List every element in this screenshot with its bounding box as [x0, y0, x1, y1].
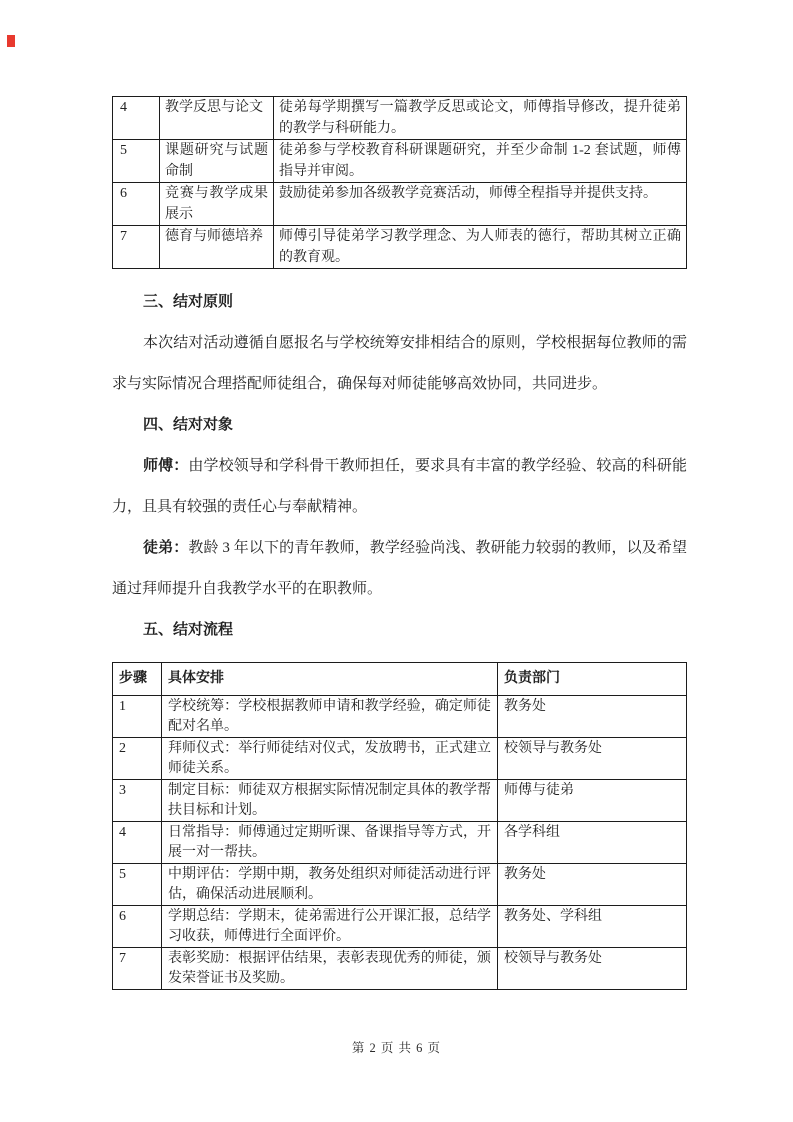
page-number: 第 2 页 共 6 页	[0, 1038, 793, 1056]
table-row: 4 日常指导：师傅通过定期听课、备课指导等方式，开展一对一帮扶。 各学科组	[113, 822, 687, 864]
flow-department: 校领导与教务处	[498, 948, 687, 990]
activity-item: 课题研究与试题命制	[160, 140, 274, 183]
document-page: 4 教学反思与论文 徒弟每学期撰写一篇教学反思或论文，师傅指导修改，提升徒弟的教…	[0, 0, 793, 1122]
activity-desc: 鼓励徒弟参加各级教学竞赛活动，师傅全程指导并提供支持。	[274, 183, 687, 226]
table-row: 7 德育与师德培养 师傅引导徒弟学习教学理念、为人师表的德行，帮助其树立正确的教…	[113, 226, 687, 269]
table-row: 5 课题研究与试题命制 徒弟参与学校教育科研课题研究，并至少命制 1-2 套试题…	[113, 140, 687, 183]
activity-no: 5	[113, 140, 160, 183]
flow-header-department: 负责部门	[498, 663, 687, 696]
flow-arrangement: 制定目标：师徒双方根据实际情况制定具体的教学帮扶目标和计划。	[162, 780, 498, 822]
flow-header-row: 步骤 具体安排 负责部门	[113, 663, 687, 696]
flow-table: 步骤 具体安排 负责部门 1 学校统筹：学校根据教师申请和教学经验，确定师徒配对…	[112, 662, 687, 990]
table-row: 6 竞赛与教学成果展示 鼓励徒弟参加各级教学竞赛活动，师傅全程指导并提供支持。	[113, 183, 687, 226]
activity-desc: 徒弟参与学校教育科研课题研究，并至少命制 1-2 套试题，师傅指导并审阅。	[274, 140, 687, 183]
table-row: 5 中期评估：学期中期，教务处组织对师徒活动进行评估，确保活动进展顺利。 教务处	[113, 864, 687, 906]
activity-desc: 师傅引导徒弟学习教学理念、为人师表的德行，帮助其树立正确的教育观。	[274, 226, 687, 269]
flow-department: 校领导与教务处	[498, 738, 687, 780]
table-row: 1 学校统筹：学校根据教师申请和教学经验，确定师徒配对名单。 教务处	[113, 696, 687, 738]
flow-department: 师傅与徒弟	[498, 780, 687, 822]
page-content: 4 教学反思与论文 徒弟每学期撰写一篇教学反思或论文，师傅指导修改，提升徒弟的教…	[112, 0, 687, 990]
principles-paragraph: 本次结对活动遵循自愿报名与学校统筹安排相结合的原则，学校根据每位教师的需求与实际…	[112, 323, 687, 405]
section-heading-principles: 三、结对原则	[112, 282, 687, 323]
flow-step-no: 3	[113, 780, 162, 822]
table-row: 6 学期总结：学期末，徒弟需进行公开课汇报，总结学习收获，师傅进行全面评价。 教…	[113, 906, 687, 948]
flow-department: 教务处、学科组	[498, 906, 687, 948]
mentor-paragraph: 师傅：由学校领导和学科骨干教师担任，要求具有丰富的教学经验、较高的科研能力，且具…	[112, 446, 687, 528]
flow-department: 教务处	[498, 864, 687, 906]
activity-no: 4	[113, 97, 160, 140]
flow-step-no: 7	[113, 948, 162, 990]
flow-department: 教务处	[498, 696, 687, 738]
table-row: 7 表彰奖励：根据评估结果，表彰表现优秀的师徒，颁发荣誉证书及奖励。 校领导与教…	[113, 948, 687, 990]
flow-arrangement: 拜师仪式：举行师徒结对仪式，发放聘书，正式建立师徒关系。	[162, 738, 498, 780]
section-heading-targets: 四、结对对象	[112, 405, 687, 446]
flow-arrangement: 学校统筹：学校根据教师申请和教学经验，确定师徒配对名单。	[162, 696, 498, 738]
flow-department: 各学科组	[498, 822, 687, 864]
table-row: 3 制定目标：师徒双方根据实际情况制定具体的教学帮扶目标和计划。 师傅与徒弟	[113, 780, 687, 822]
activity-no: 7	[113, 226, 160, 269]
activity-item: 教学反思与论文	[160, 97, 274, 140]
mentee-paragraph: 徒弟：教龄 3 年以下的青年教师，教学经验尚浅、教研能力较弱的教师，以及希望通过…	[112, 528, 687, 610]
red-marker-icon	[7, 35, 15, 47]
flow-step-no: 1	[113, 696, 162, 738]
mentee-text: 教龄 3 年以下的青年教师，教学经验尚浅、教研能力较弱的教师，以及希望通过拜师提…	[112, 540, 687, 597]
mentor-label: 师傅：	[143, 458, 188, 474]
table-row: 4 教学反思与论文 徒弟每学期撰写一篇教学反思或论文，师傅指导修改，提升徒弟的教…	[113, 97, 687, 140]
activity-item: 竞赛与教学成果展示	[160, 183, 274, 226]
flow-step-no: 4	[113, 822, 162, 864]
activities-table: 4 教学反思与论文 徒弟每学期撰写一篇教学反思或论文，师傅指导修改，提升徒弟的教…	[112, 96, 687, 269]
flow-arrangement: 日常指导：师傅通过定期听课、备课指导等方式，开展一对一帮扶。	[162, 822, 498, 864]
flow-step-no: 5	[113, 864, 162, 906]
activity-item: 德育与师德培养	[160, 226, 274, 269]
flow-arrangement: 学期总结：学期末，徒弟需进行公开课汇报，总结学习收获，师傅进行全面评价。	[162, 906, 498, 948]
activity-no: 6	[113, 183, 160, 226]
section-heading-process: 五、结对流程	[112, 610, 687, 651]
flow-step-no: 6	[113, 906, 162, 948]
flow-header-arrangement: 具体安排	[162, 663, 498, 696]
flow-arrangement: 表彰奖励：根据评估结果，表彰表现优秀的师徒，颁发荣誉证书及奖励。	[162, 948, 498, 990]
table-row: 2 拜师仪式：举行师徒结对仪式，发放聘书，正式建立师徒关系。 校领导与教务处	[113, 738, 687, 780]
flow-header-step: 步骤	[113, 663, 162, 696]
activity-desc: 徒弟每学期撰写一篇教学反思或论文，师傅指导修改，提升徒弟的教学与科研能力。	[274, 97, 687, 140]
flow-step-no: 2	[113, 738, 162, 780]
mentee-label: 徒弟：	[143, 540, 188, 556]
flow-arrangement: 中期评估：学期中期，教务处组织对师徒活动进行评估，确保活动进展顺利。	[162, 864, 498, 906]
mentor-text: 由学校领导和学科骨干教师担任，要求具有丰富的教学经验、较高的科研能力，且具有较强…	[112, 458, 687, 515]
